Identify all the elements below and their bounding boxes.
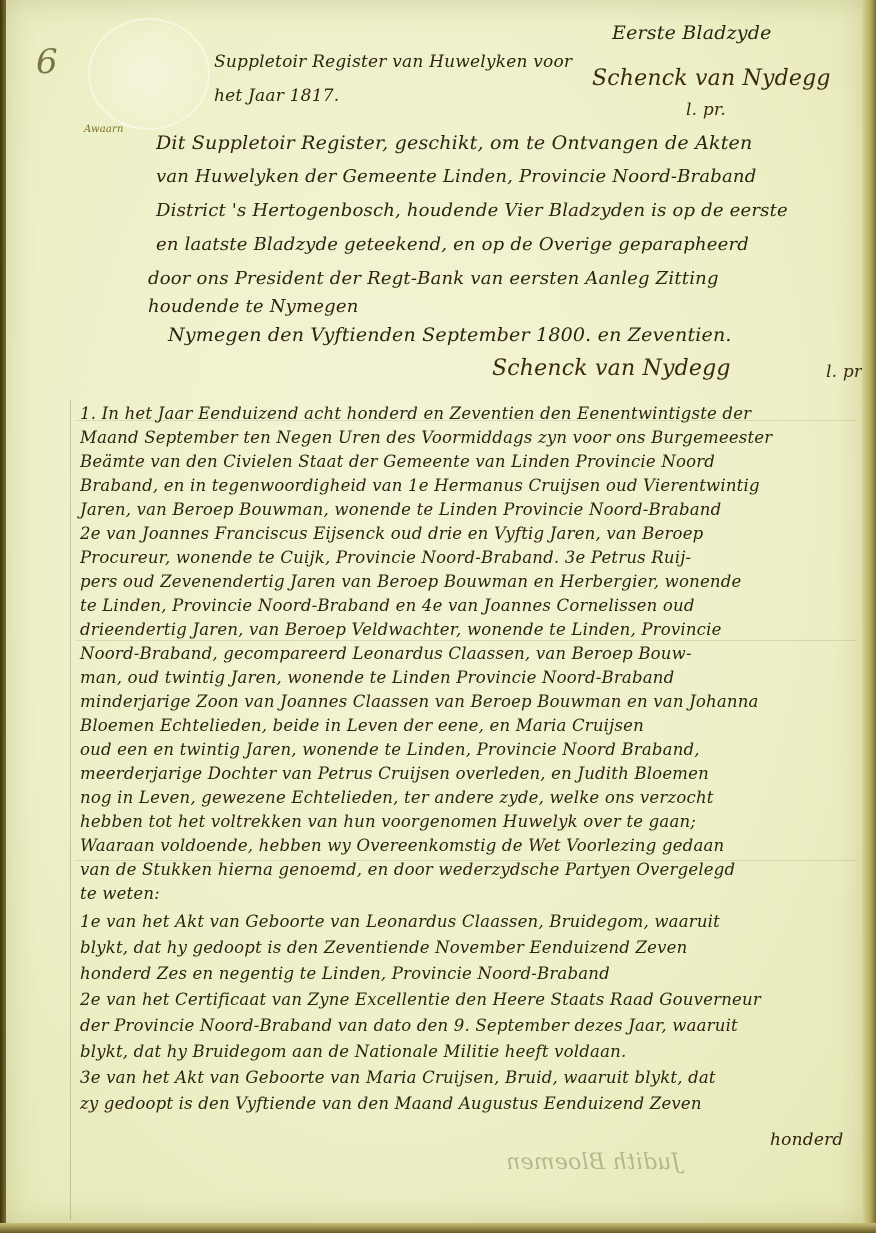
title-line-1: Suppletoir Register van Huwelyken voor — [214, 52, 572, 72]
preamble-line: van Huwelyken der Gemeente Linden, Provi… — [156, 166, 756, 187]
act-line: zy gedoopt is den Vyftiende van den Maan… — [80, 1094, 702, 1113]
act-line: Procureur, wonende te Cuijk, Provincie N… — [80, 548, 691, 567]
manuscript-page: 6 Awaarn Eerste Bladzyde Schenck van Nyd… — [6, 0, 864, 1224]
closing-signature: Schenck van Nydegg — [492, 356, 731, 381]
act-line: 2e van Joannes Franciscus Eijsenck oud d… — [80, 524, 703, 543]
act-line: Maand September ten Negen Uren des Voorm… — [80, 428, 772, 447]
preamble-line: en laatste Bladzyde geteekend, en op de … — [156, 234, 749, 255]
act-line: 2e van het Certificaat van Zyne Excellen… — [80, 990, 761, 1009]
act-line: pers oud Zevenendertig Jaren van Beroep … — [80, 572, 741, 591]
catchword: honderd — [770, 1130, 843, 1150]
act-line: Bloemen Echtelieden, beide in Leven der … — [80, 716, 644, 735]
date-line: Nymegen den Vyftienden September 1800. e… — [168, 324, 732, 346]
margin-note: Awaarn — [84, 124, 124, 135]
act-line: honderd Zes en negentig te Linden, Provi… — [80, 964, 610, 983]
act-line: te weten: — [80, 884, 160, 903]
act-line: Jaren, van Beroep Bouwman, wonende te Li… — [80, 500, 721, 519]
ruled-line — [76, 640, 856, 641]
bleed-through-text: Judith Bloemen — [506, 1150, 680, 1175]
act-line: 3e van het Akt van Geboorte van Maria Cr… — [80, 1068, 716, 1087]
page-edge-bottom — [0, 1223, 876, 1233]
preamble-line: door ons President der Regt-Bank van eer… — [148, 268, 719, 289]
act-line: minderjarige Zoon van Joannes Claassen v… — [80, 692, 759, 711]
act-line: Noord-Braband, gecompareerd Leonardus Cl… — [80, 644, 692, 663]
preamble-line: houdende te Nymegen — [148, 296, 359, 317]
closing-signature-suffix: l. pr. — [826, 362, 866, 382]
act-line: man, oud twintig Jaren, wonende te Linde… — [80, 668, 674, 687]
margin-rule — [70, 400, 71, 1220]
act-line: te Linden, Provincie Noord-Braband en 4e… — [80, 596, 695, 615]
preamble-line: Dit Suppletoir Register, geschikt, om te… — [156, 132, 752, 154]
folio-number: 6 — [36, 42, 58, 82]
act-line: Braband, en in tegenwoordigheid van 1e H… — [80, 476, 760, 495]
act-line: meerderjarige Dochter van Petrus Cruijse… — [80, 764, 709, 783]
act-line: blykt, dat hy Bruidegom aan de Nationale… — [80, 1042, 626, 1061]
act-line: der Provincie Noord-Braband van dato den… — [80, 1016, 738, 1035]
act-line: Beämte van den Civielen Staat der Gemeen… — [80, 452, 715, 471]
act-line: nog in Leven, gewezene Echtelieden, ter … — [80, 788, 714, 807]
page-label: Eerste Bladzyde — [612, 22, 772, 44]
act-line: oud een en twintig Jaren, wonende te Lin… — [80, 740, 700, 759]
act-line: 1. In het Jaar Eenduizend acht honderd e… — [80, 404, 751, 423]
act-line: 1e van het Akt van Geboorte van Leonardu… — [80, 912, 720, 931]
embossed-seal-stamp — [88, 18, 210, 130]
act-line: Waaraan voldoende, hebben wy Overeenkoms… — [80, 836, 724, 855]
header-signature: Schenck van Nydegg — [592, 66, 831, 91]
header-signature-suffix: l. pr. — [686, 100, 726, 120]
act-line: drieendertig Jaren, van Beroep Veldwacht… — [80, 620, 722, 639]
act-line: hebben tot het voltrekken van hun voorge… — [80, 812, 696, 831]
page-edge-right — [862, 0, 876, 1233]
act-line: van de Stukken hierna genoemd, en door w… — [80, 860, 735, 879]
title-line-2: het Jaar 1817. — [214, 86, 339, 106]
preamble-line: District 's Hertogenbosch, houdende Vier… — [156, 200, 788, 221]
act-line: blykt, dat hy gedoopt is den Zeventiende… — [80, 938, 687, 957]
